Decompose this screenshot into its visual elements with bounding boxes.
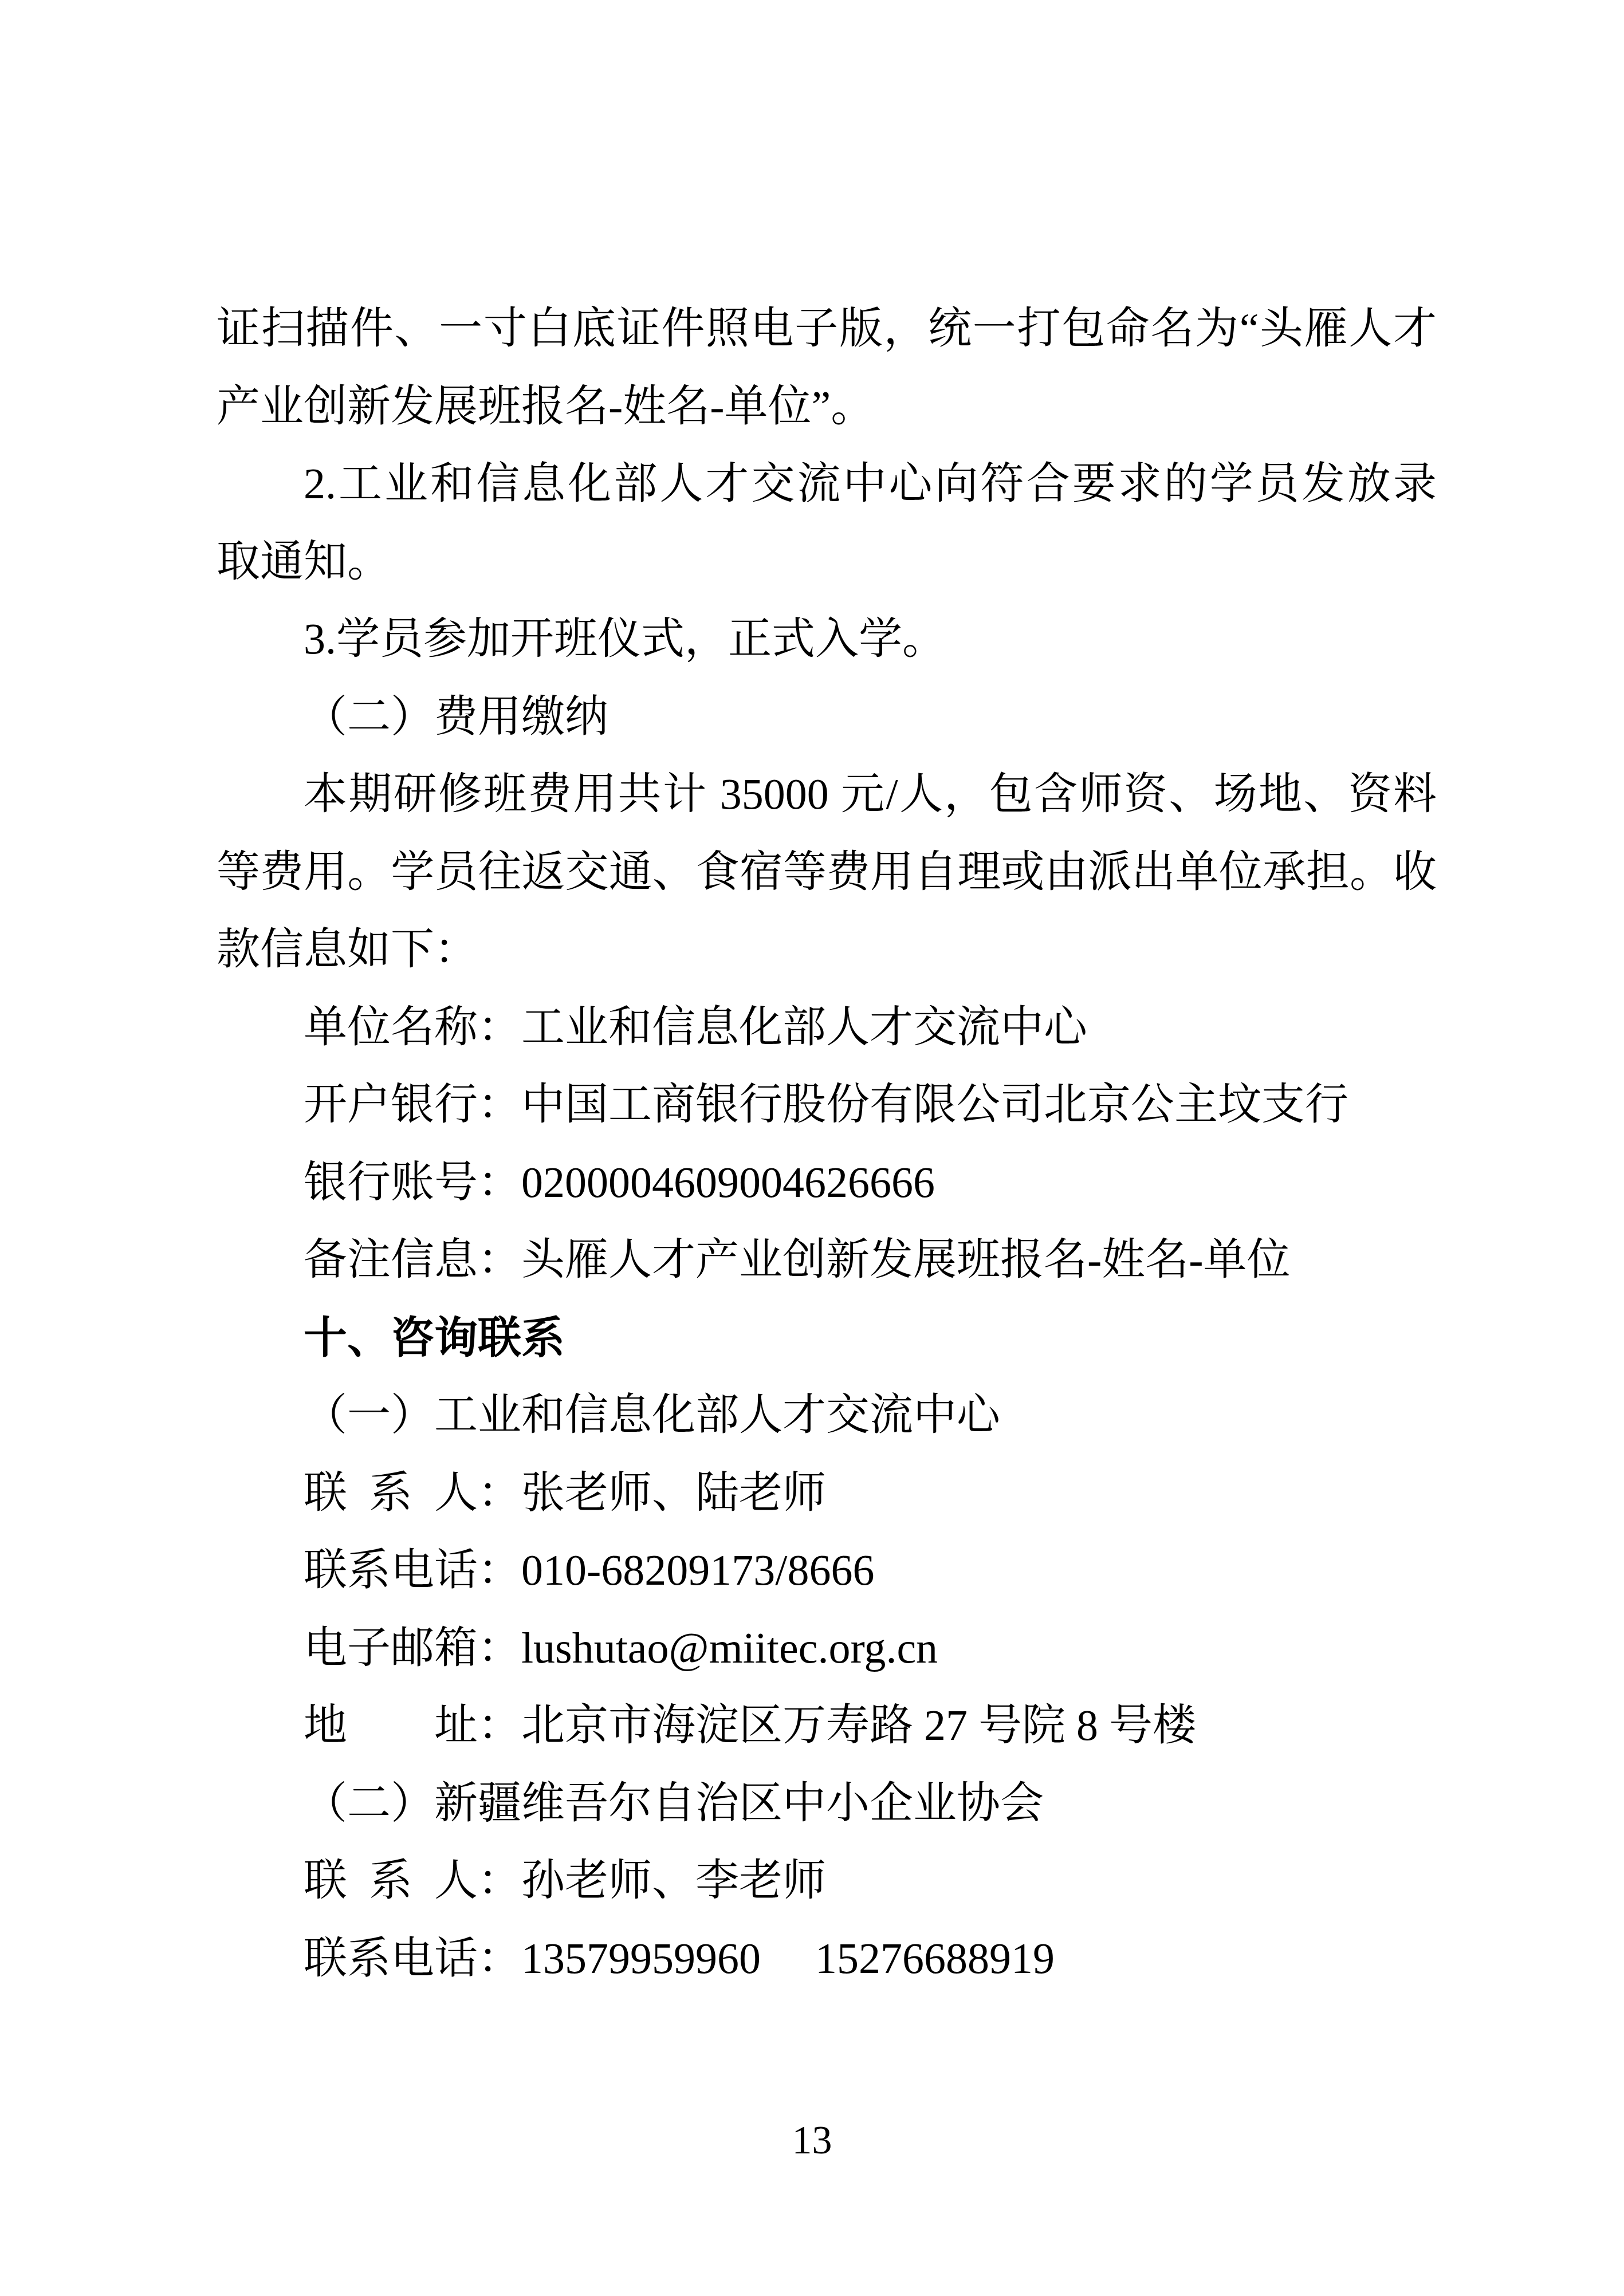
materials-naming-line-1: 证扫描件、一寸白底证件照电子版，统一打包命名为“头雁人才: [217, 290, 1437, 368]
xinjiang-org-heading: （二）新疆维吾尔自治区中小企业协会: [304, 1765, 1624, 1843]
payee-name-line: 单位名称：工业和信息化部人才交流中心: [304, 989, 1624, 1067]
admission-step-line-1: 2.工业和信息化部人才交流中心向符合要求的学员发放录: [304, 446, 1437, 523]
fee-paragraph-line-2: 等费用。学员往返交通、食宿等费用自理或由派出单位承担。收: [217, 834, 1437, 912]
miitec-phone-line: 联系电话：010-68209173/8666: [304, 1532, 1624, 1610]
remark-info-line: 备注信息：头雁人才产业创新发展班报名-姓名-单位: [304, 1222, 1624, 1299]
miitec-address-line: 地 址：北京市海淀区万寿路 27 号院 8 号楼: [304, 1687, 1624, 1765]
fee-section-heading: （二）费用缴纳: [304, 679, 1624, 757]
document-body: 证扫描件、一寸白底证件照电子版，统一打包命名为“头雁人才 产业创新发展班报名-姓…: [0, 290, 1624, 1998]
consultation-section-heading: 十、咨询联系: [304, 1299, 1624, 1377]
fee-paragraph-line-1: 本期研修班费用共计 35000 元/人，包含师资、场地、资料: [304, 756, 1437, 834]
xinjiang-phone-line: 联系电话：13579959960 15276688919: [304, 1920, 1624, 1998]
bank-name-line: 开户银行：中国工商银行股份有限公司北京公主坟支行: [304, 1066, 1624, 1144]
fee-paragraph-line-3: 款信息如下：: [217, 911, 1624, 989]
admission-step-line-2: 取通知。: [217, 523, 1624, 601]
ceremony-step-line: 3.学员参加开班仪式，正式入学。: [304, 601, 1624, 679]
document-page: 证扫描件、一寸白底证件照电子版，统一打包命名为“头雁人才 产业创新发展班报名-姓…: [0, 0, 1624, 2296]
page-number: 13: [0, 2112, 1624, 2169]
materials-naming-line-2: 产业创新发展班报名-姓名-单位”。: [217, 368, 1624, 446]
bank-account-line: 银行账号：0200004609004626666: [304, 1144, 1624, 1222]
xinjiang-contact-person-line: 联 系 人：孙老师、李老师: [304, 1842, 1624, 1920]
miitec-email-line: 电子邮箱：lushutao@miitec.org.cn: [304, 1610, 1624, 1688]
miitec-org-heading: （一）工业和信息化部人才交流中心: [304, 1377, 1624, 1455]
miitec-contact-person-line: 联 系 人：张老师、陆老师: [304, 1455, 1624, 1533]
